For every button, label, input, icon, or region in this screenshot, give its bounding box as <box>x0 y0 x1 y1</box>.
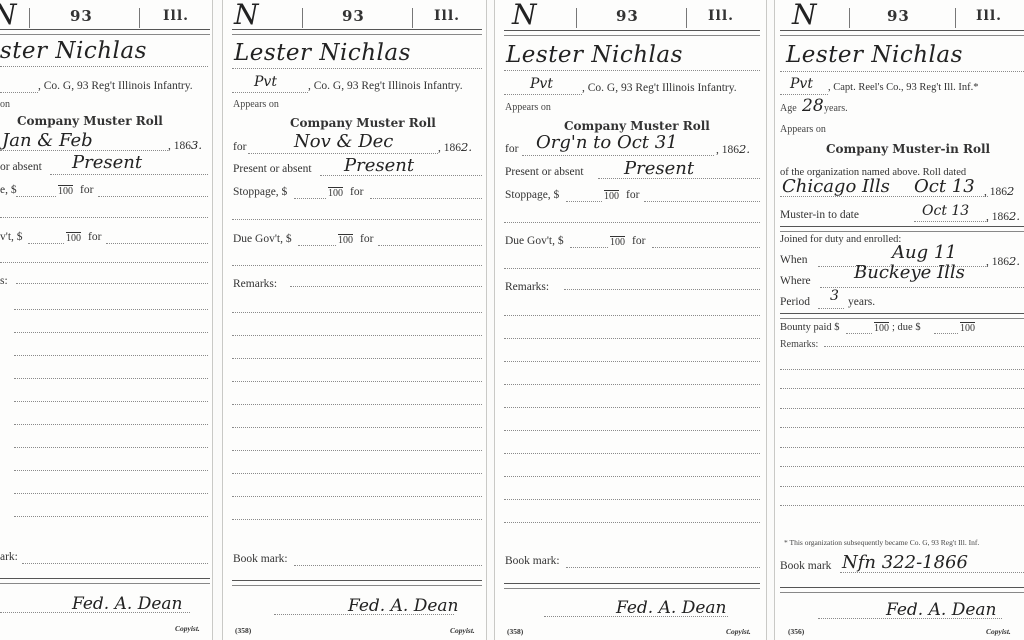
stoppage-cents: 100 <box>604 191 619 202</box>
header-initial: N <box>0 0 17 31</box>
form-number: (358) <box>507 627 523 636</box>
copyist-signature: Fed. A. Dean <box>348 596 458 616</box>
roll-period: Nov & Dec <box>294 131 393 152</box>
header-initial: N <box>792 0 817 31</box>
roll-year: , 1862. <box>716 142 750 156</box>
remarks-line <box>780 466 1024 467</box>
roll-dated-place: Chicago Ills <box>782 176 890 197</box>
remarks-line <box>504 315 760 316</box>
due-govt-cents: 100 <box>338 235 353 246</box>
muster-in-label: Muster-in to date <box>780 209 859 221</box>
remarks-label: Remarks: <box>780 339 818 350</box>
stoppage-cents: 100 <box>328 188 343 199</box>
appears-on-label: Appears on <box>780 124 826 135</box>
regiment-number: 93 <box>887 7 910 25</box>
when-year: , 1862. <box>986 254 1020 268</box>
copyist-signature: Fed. A. Dean <box>616 598 726 618</box>
soldier-name: Lester Nichlas <box>506 42 683 68</box>
remarks-line <box>824 346 1024 347</box>
unit-line: , Co. G, 93 Reg't Illinois Infantry. <box>582 82 737 94</box>
roll-year: , 1862. <box>438 140 472 154</box>
remarks-line <box>14 355 208 356</box>
book-mark-label: Book mark: <box>233 553 288 565</box>
rank: Pvt <box>254 74 277 90</box>
rank: Pvt <box>790 76 813 92</box>
remarks-line <box>232 404 482 405</box>
remarks-line <box>14 516 208 517</box>
where-value: Buckeye Ills <box>854 262 965 283</box>
roll-title: Company Muster Roll <box>290 116 436 130</box>
period-label: Period <box>780 296 810 308</box>
presence-value: Present <box>344 155 414 176</box>
due-govt-for: for <box>632 235 645 247</box>
joined-label: Joined for duty and enrolled: <box>780 234 901 245</box>
remarks-line <box>16 283 208 284</box>
bounty-label: Bounty paid $ <box>780 322 840 333</box>
state: Ill. <box>434 8 460 24</box>
soldier-name: Lester Nichlas <box>234 40 411 66</box>
unit-line: , Capt. Reel's Co., 93 Reg't Ill. Inf.* <box>828 82 978 93</box>
stoppage-label: e, $ <box>0 184 17 196</box>
book-mark-label: Book mark: <box>505 555 560 567</box>
remarks-line <box>232 381 482 382</box>
stoppage-for: for <box>350 186 363 198</box>
remarks-label: s: <box>0 275 8 287</box>
remarks-line <box>232 473 482 474</box>
stoppage-for: for <box>626 189 639 201</box>
roll-title: Company Muster Roll <box>564 119 710 133</box>
form-number: (356) <box>788 627 804 636</box>
presence-label: or absent <box>0 161 42 173</box>
muster-card-3: N 93 Ill. Lester Nichlas Pvt , Co. G, 93… <box>494 0 767 640</box>
remarks-line <box>232 312 482 313</box>
book-mark-label: ark: <box>0 551 18 563</box>
stoppage-label: Stoppage, $ <box>505 189 559 201</box>
unit-line: , Co. G, 93 Reg't Illinois Infantry. <box>308 80 463 92</box>
book-mark-label: Book mark <box>780 560 831 572</box>
copyist-label: Copyist. <box>986 627 1011 636</box>
remarks-line <box>232 427 482 428</box>
remarks-line <box>780 505 1024 506</box>
remarks-line <box>504 453 760 454</box>
remarks-line <box>780 408 1024 409</box>
due-govt-cents: 100 <box>66 233 81 244</box>
roll-period: Org'n to Oct 31 <box>536 132 678 153</box>
appears-on-label: Appears on <box>505 102 551 113</box>
copyist-label: Copyist. <box>175 624 200 633</box>
age-suffix: years. <box>824 103 848 114</box>
remarks-line <box>14 424 208 425</box>
remarks-line <box>232 358 482 359</box>
remarks-line <box>14 378 208 379</box>
regiment-number: 93 <box>342 7 365 25</box>
remarks-line <box>780 427 1024 428</box>
due-govt-label: v't, $ <box>0 231 23 243</box>
remarks-line <box>14 447 208 448</box>
remarks-line <box>504 499 760 500</box>
muster-card-2: N 93 Ill. Lester Nichlas Pvt , Co. G, 93… <box>222 0 487 640</box>
header-initial: N <box>512 0 537 31</box>
remarks-line <box>232 519 482 520</box>
copyist-label: Copyist. <box>450 626 475 635</box>
regiment-number: 93 <box>70 7 93 25</box>
roll-dated-date: Oct 13 <box>914 176 975 197</box>
copyist-signature: Fed. A. Dean <box>72 594 182 614</box>
roll-title: Company Muster-in Roll <box>826 142 990 156</box>
remarks-line <box>14 401 208 402</box>
muster-card-1: N 93 Ill. Lester Nichlas , Co. G, 93 Reg… <box>0 0 213 640</box>
copyist-signature: Fed. A. Dean <box>886 600 996 620</box>
due-govt-label: Due Gov't, $ <box>233 233 292 245</box>
remarks-line <box>780 369 1024 370</box>
remarks-line <box>14 309 208 310</box>
state: Ill. <box>708 8 734 24</box>
muster-in-year: , 1862. <box>986 209 1020 223</box>
remarks-line <box>290 286 482 287</box>
remarks-line <box>504 338 760 339</box>
remarks-line <box>14 332 208 333</box>
stoppage-cents: 100 <box>58 186 73 197</box>
roll-dated-year: , 1862 <box>984 184 1014 198</box>
remarks-line <box>232 450 482 451</box>
period-value: 3 <box>830 288 839 304</box>
remarks-line <box>232 496 482 497</box>
where-label: Where <box>780 275 811 287</box>
remarks-line <box>504 361 760 362</box>
muster-in-card-4: N 93 Ill. Lester Nichlas Pvt , Capt. Ree… <box>774 0 1024 640</box>
remarks-line <box>504 407 760 408</box>
soldier-name: Lester Nichlas <box>786 42 963 68</box>
remarks-line <box>232 335 482 336</box>
remarks-line <box>780 388 1024 389</box>
regiment-number: 93 <box>616 7 639 25</box>
remarks-label: Remarks: <box>505 281 549 293</box>
due-govt-for: for <box>88 231 101 243</box>
remarks-line <box>504 476 760 477</box>
remarks-label: Remarks: <box>233 278 277 290</box>
remarks-line <box>504 384 760 385</box>
when-label: When <box>780 254 807 266</box>
form-number: (358) <box>235 626 251 635</box>
due-govt-label: Due Gov't, $ <box>505 235 564 247</box>
presence-label: Present or absent <box>505 166 584 178</box>
stoppage-for: for <box>80 184 93 196</box>
unit-line: , Co. G, 93 Reg't Illinois Infantry. <box>38 80 193 92</box>
copyist-label: Copyist. <box>726 627 751 636</box>
roll-year: , 1863. <box>168 138 202 152</box>
roll-title: Company Muster Roll <box>17 114 163 128</box>
appears-on-label: on <box>0 99 10 110</box>
age-value: 28 <box>802 96 824 116</box>
rank: Pvt <box>530 76 553 92</box>
remarks-line <box>504 522 760 523</box>
soldier-name: Lester Nichlas <box>0 38 147 64</box>
when-value: Aug 11 <box>892 242 957 263</box>
footnote: * This organization subsequently became … <box>784 538 979 547</box>
muster-in-value: Oct 13 <box>922 203 969 219</box>
due-govt-for: for <box>360 233 373 245</box>
period-suffix: years. <box>848 296 875 308</box>
remarks-line <box>780 486 1024 487</box>
presence-label: Present or absent <box>233 163 312 175</box>
remarks-line <box>14 470 208 471</box>
state: Ill. <box>976 8 1002 24</box>
bounty-due-cents: 100 <box>960 323 975 334</box>
presence-value: Present <box>72 152 142 173</box>
remarks-line <box>780 447 1024 448</box>
state: Ill. <box>163 8 189 24</box>
remarks-line <box>504 430 760 431</box>
header-initial: N <box>234 0 259 31</box>
roll-period: Jan & Feb <box>2 130 93 151</box>
period-prefix: for <box>233 141 246 153</box>
stoppage-label: Stoppage, $ <box>233 186 287 198</box>
appears-on-label: Appears on <box>233 99 279 110</box>
bounty-due-label: ; due $ <box>892 322 921 333</box>
age-label: Age <box>780 103 797 114</box>
remarks-line <box>564 289 760 290</box>
due-govt-cents: 100 <box>610 237 625 248</box>
presence-value: Present <box>624 158 694 179</box>
remarks-line <box>14 493 208 494</box>
bounty-cents: 100 <box>874 323 889 334</box>
book-mark-value: Nfn 322-1866 <box>842 552 968 573</box>
period-prefix: for <box>505 143 518 155</box>
